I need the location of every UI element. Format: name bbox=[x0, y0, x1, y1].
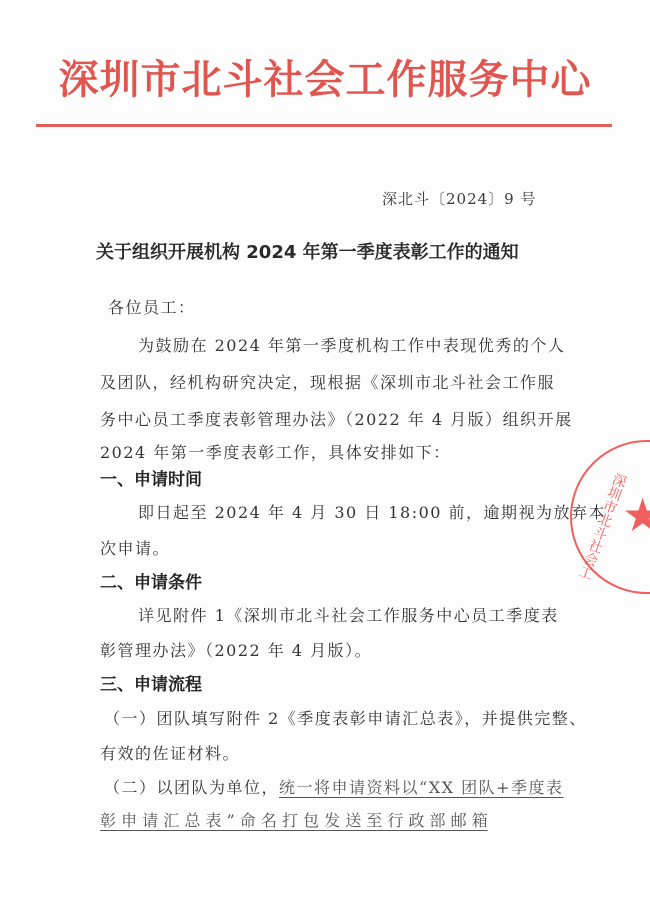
salutation: 各位员工： bbox=[108, 295, 196, 318]
section-line: 详见附件 1《深圳市北斗社会工作服务中心员工季度表 bbox=[138, 603, 559, 626]
intro-line: 为鼓励在 2024 年第一季度机构工作中表现优秀的个人 bbox=[138, 333, 565, 356]
section-line: 有效的佐证材料。 bbox=[100, 741, 240, 764]
intro-line: 务中心员工季度表彰管理办法》（2022 年 4 月版）组织开展 bbox=[100, 407, 573, 430]
letterhead-title: 深圳市北斗社会工作服务中心 bbox=[0, 48, 650, 105]
section-line: 彰管理办法》（2022 年 4 月版）。 bbox=[100, 638, 372, 661]
section-line: （一）团队填写附件 2《季度表彰申请汇总表》，并提供完整、 bbox=[104, 706, 587, 729]
intro-line: 及团队，经机构研究决定，现根据《深圳市北斗社会工作服 bbox=[100, 370, 555, 393]
letterhead-rule bbox=[36, 124, 612, 127]
doc-number: 深北斗〔2024〕9 号 bbox=[382, 188, 537, 209]
item2-prefix: （二）以团队为单位， bbox=[104, 778, 279, 797]
intro-line: 2024 年第一季度表彰工作，具体安排如下： bbox=[100, 440, 451, 463]
section-heading: 二、申请条件 bbox=[100, 568, 202, 593]
item2-underlined: 彰 申 请 汇 总 表 ” 命 名 打 包 发 送 至 行 政 部 邮 箱 bbox=[100, 811, 488, 830]
section-heading: 三、申请流程 bbox=[100, 670, 202, 695]
section-heading: 一、申请时间 bbox=[100, 465, 202, 490]
section-line: 次申请。 bbox=[100, 536, 170, 559]
section-line: （二）以团队为单位，统一将申请资料以“XX 团队+季度表 bbox=[104, 775, 563, 798]
item2-underlined: 统一将申请资料以“XX 团队+季度表 bbox=[279, 778, 563, 797]
section-line: 彰 申 请 汇 总 表 ” 命 名 打 包 发 送 至 行 政 部 邮 箱 bbox=[100, 808, 488, 831]
section-line: 即日起至 2024 年 4 月 30 日 18:00 前，逾期视为放弃本 bbox=[138, 500, 606, 523]
seal-star-icon: ★ bbox=[622, 488, 650, 542]
doc-title: 关于组织开展机构 2024 年第一季度表彰工作的通知 bbox=[96, 238, 519, 264]
